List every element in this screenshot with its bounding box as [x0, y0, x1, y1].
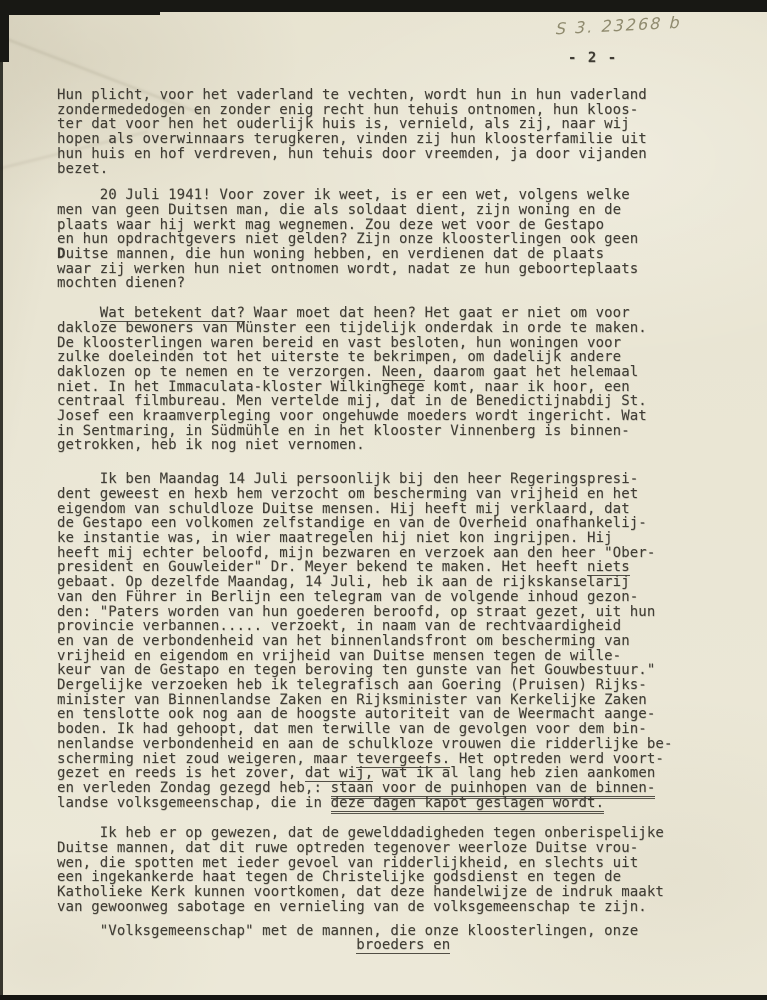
text-line: en verleden Zondag gezegd heb,: staan vo… — [57, 781, 673, 796]
text-line: dent geweest en hexb hem verzocht om bes… — [57, 487, 673, 502]
text-line: getrokken, heb ik nog niet vernomen. — [57, 438, 673, 453]
text-line: vrijheid en eigendom en vrijheid van Dui… — [57, 649, 673, 664]
pencil-annotation: S 3. 23268 b — [556, 13, 683, 39]
text-line: gezet en reeds is het zover, dat wij, wa… — [57, 766, 673, 781]
scan-edge-left-top — [0, 0, 9, 62]
text-line: daklozen op te nemen en te verzorgen. Ne… — [57, 365, 673, 380]
text-line: in Sentmaring, in Südmühle en in het klo… — [57, 424, 673, 439]
text-line: Duitse mannen, die hun woning hebben, en… — [57, 247, 673, 262]
text-line: de Gestapo een volkomen zelfstandige en … — [57, 516, 673, 531]
text-line: mochten dienen? — [57, 276, 673, 291]
text-line: centraal filmbureau. Men vertelde mij, d… — [57, 394, 673, 409]
text-line: van gewoonweg sabotage en vernieling van… — [57, 900, 673, 915]
text-line: wen, die spotten met ieder gevoel van ri… — [57, 856, 673, 871]
text-line: zulke doeleinden tot het uiterste te bek… — [57, 350, 673, 365]
text-line: Duitse mannen, dat dit ruwe optreden teg… — [57, 841, 673, 856]
text-line: waar zij werken hun niet ontnomen wordt,… — [57, 262, 673, 277]
text-line: minister van Binnenlandse Zaken en Rijks… — [57, 693, 673, 708]
text-line: niet. In het Immaculata-kloster Wilkingh… — [57, 380, 673, 395]
paragraph: Wat betekent dat? Waar moet dat heen? He… — [57, 306, 673, 453]
paragraph: Ik ben Maandag 14 Juli persoonlijk bij d… — [57, 472, 673, 810]
text-line: en van de verbondenheid van het binnenla… — [57, 634, 673, 649]
paragraph: 20 Juli 1941! Voor zover ik weet, is er … — [57, 188, 673, 291]
text-line: president en Gouwleider" Dr. Meyer beken… — [57, 560, 673, 575]
text-line: nenlandse verbondenheid en aan de schulk… — [57, 737, 673, 752]
text-line: Katholieke Kerk kunnen voortkomen, dat d… — [57, 885, 673, 900]
text-line: den: "Paters worden van hun goederen ber… — [57, 605, 673, 620]
text-line: scherming niet zoud weigeren, maar tever… — [57, 752, 673, 767]
page-number: - 2 - — [568, 50, 618, 66]
paragraph: Hun plicht, voor het vaderland te vechte… — [57, 88, 673, 176]
text-line: Ik heb er op gewezen, dat de gewelddadig… — [57, 826, 673, 841]
text-line: Hun plicht, voor het vaderland te vechte… — [57, 88, 673, 103]
text-line: provincie verbannen..... verzoekt, in na… — [57, 619, 673, 634]
text-line: hun huis en hof verdreven, hun tehuis do… — [57, 147, 673, 162]
text-line: ter dat voor hen het ouderlijk huis is, … — [57, 117, 673, 132]
text-line: Ik ben Maandag 14 Juli persoonlijk bij d… — [57, 472, 673, 487]
text-line: keur van de Gestapo en tegen beroving te… — [57, 663, 673, 678]
text-line: een ingekankerde haat tegen de Christeli… — [57, 870, 673, 885]
text-line: men van geen Duitsen man, die als soldaa… — [57, 203, 673, 218]
text-block: Hun plicht, voor het vaderland te vechte… — [57, 88, 673, 953]
text-line: ke instantie was, in wier maatregelen hi… — [57, 531, 673, 546]
text-line: hopen als overwinnaars terugkeren, vinde… — [57, 132, 673, 147]
text-line: Dergelijke verzoeken heb ik telegrafisch… — [57, 678, 673, 693]
text-line: bezet. — [57, 162, 673, 177]
text-line: Wat betekent dat? Waar moet dat heen? He… — [57, 306, 673, 321]
text-line: dakloze bewoners van Münster een tijdeli… — [57, 321, 673, 336]
text-line: De kloosterlingen waren bereid en vast b… — [57, 336, 673, 351]
text-line: heeft mij echter beloofd, mijn bezwaren … — [57, 546, 673, 561]
text-line: "Volksgemeenschap" met de mannen, die on… — [57, 924, 673, 939]
paragraph: Ik heb er op gewezen, dat de gewelddadig… — [57, 826, 673, 914]
text-line: en hun opdrachtgevers niet gelden? Zijn … — [57, 232, 673, 247]
text-line: 20 Juli 1941! Voor zover ik weet, is er … — [57, 188, 673, 203]
text-line: boden. Ik had gehoopt, dat men terwille … — [57, 722, 673, 737]
text-line: plaats waar hij werkt mag wegnemen. Zou … — [57, 218, 673, 233]
scan-edge-top-left — [0, 0, 160, 15]
text-line: broeders en — [57, 938, 673, 953]
text-line: zondermededogen en zonder enig recht hun… — [57, 103, 673, 118]
text-line: Josef een kraamverpleging voor ongehuwde… — [57, 409, 673, 424]
text-line: van den Führer in Berlijn een telegram v… — [57, 590, 673, 605]
text-line: landse volksgemeenschap, die in deze dag… — [57, 796, 673, 811]
text-line: en tenslotte ook nog aan de hoogste auto… — [57, 707, 673, 722]
text-line: eigendom van schuldloze Duitse mensen. H… — [57, 502, 673, 517]
scan-edge-left — [0, 0, 3, 1000]
scan-edge-bottom — [0, 995, 767, 1000]
text-line: gebaat. Op dezelfde Maandag, 14 Juli, he… — [57, 575, 673, 590]
paragraph: "Volksgemeenschap" met de mannen, die on… — [57, 924, 673, 953]
